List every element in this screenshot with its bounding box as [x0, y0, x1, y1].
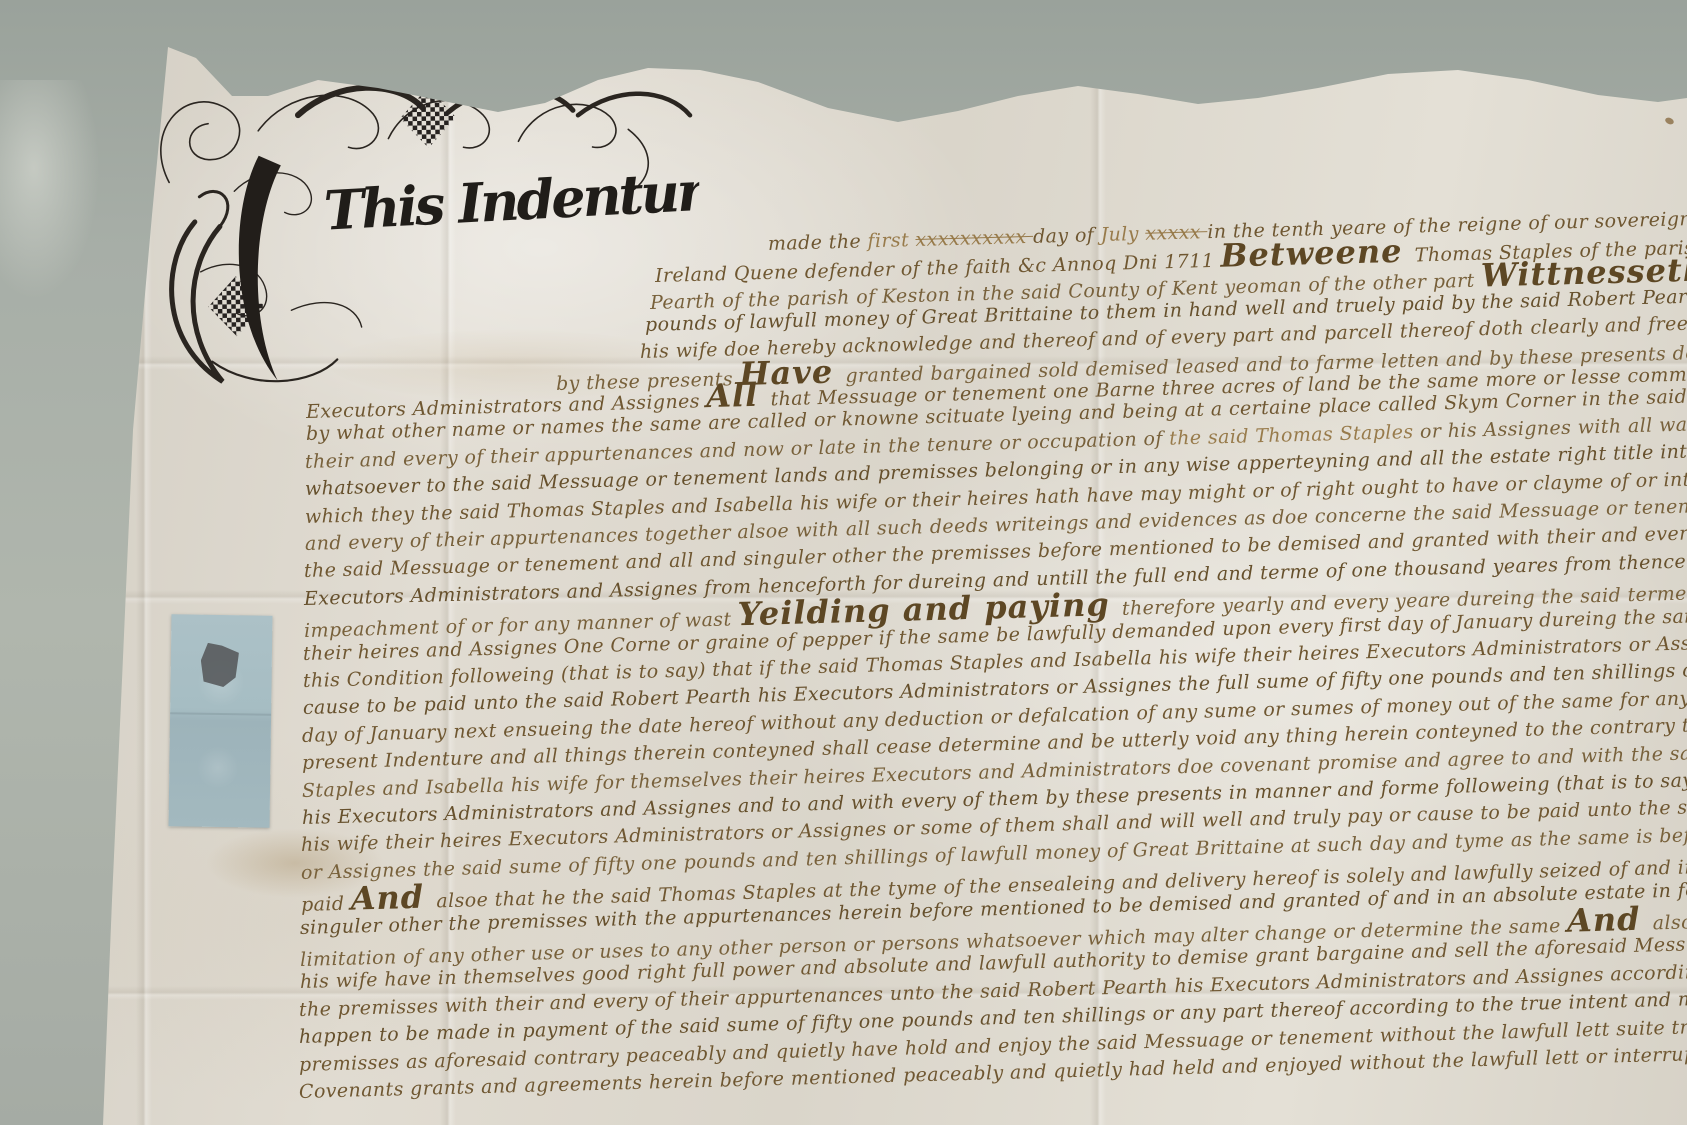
parchment-sheet: This Indenture made the first xxxxxxxxxx… [0, 0, 1687, 1125]
heading-text: This Indenture [322, 157, 703, 242]
blue-duty-stamp [169, 614, 273, 827]
manuscript-text: paid [300, 893, 350, 916]
manuscript-word-strike: xxxxx [1145, 221, 1208, 245]
ink-speck [1664, 116, 1675, 125]
manuscript-text: day of [1033, 224, 1101, 248]
stamp-cancellation-mark [200, 643, 239, 688]
manuscript-word-light: July [1100, 223, 1145, 246]
fold-crease [136, 0, 152, 1125]
mat-light-patch [0, 80, 100, 300]
manuscript-text: made the [768, 230, 868, 255]
stamp-seam [170, 712, 271, 715]
manuscript-word-light: the said Thomas Staples [1169, 421, 1420, 450]
photograph-of-indenture: { "document": { "type": "Handwritten par… [0, 0, 1687, 1125]
manuscript-word-light: first [867, 229, 916, 252]
calligraphic-heading: This Indenture [137, 53, 703, 408]
ornamental-initial-swash [237, 155, 285, 381]
manuscript-text: alsoe that the said [1652, 907, 1687, 934]
